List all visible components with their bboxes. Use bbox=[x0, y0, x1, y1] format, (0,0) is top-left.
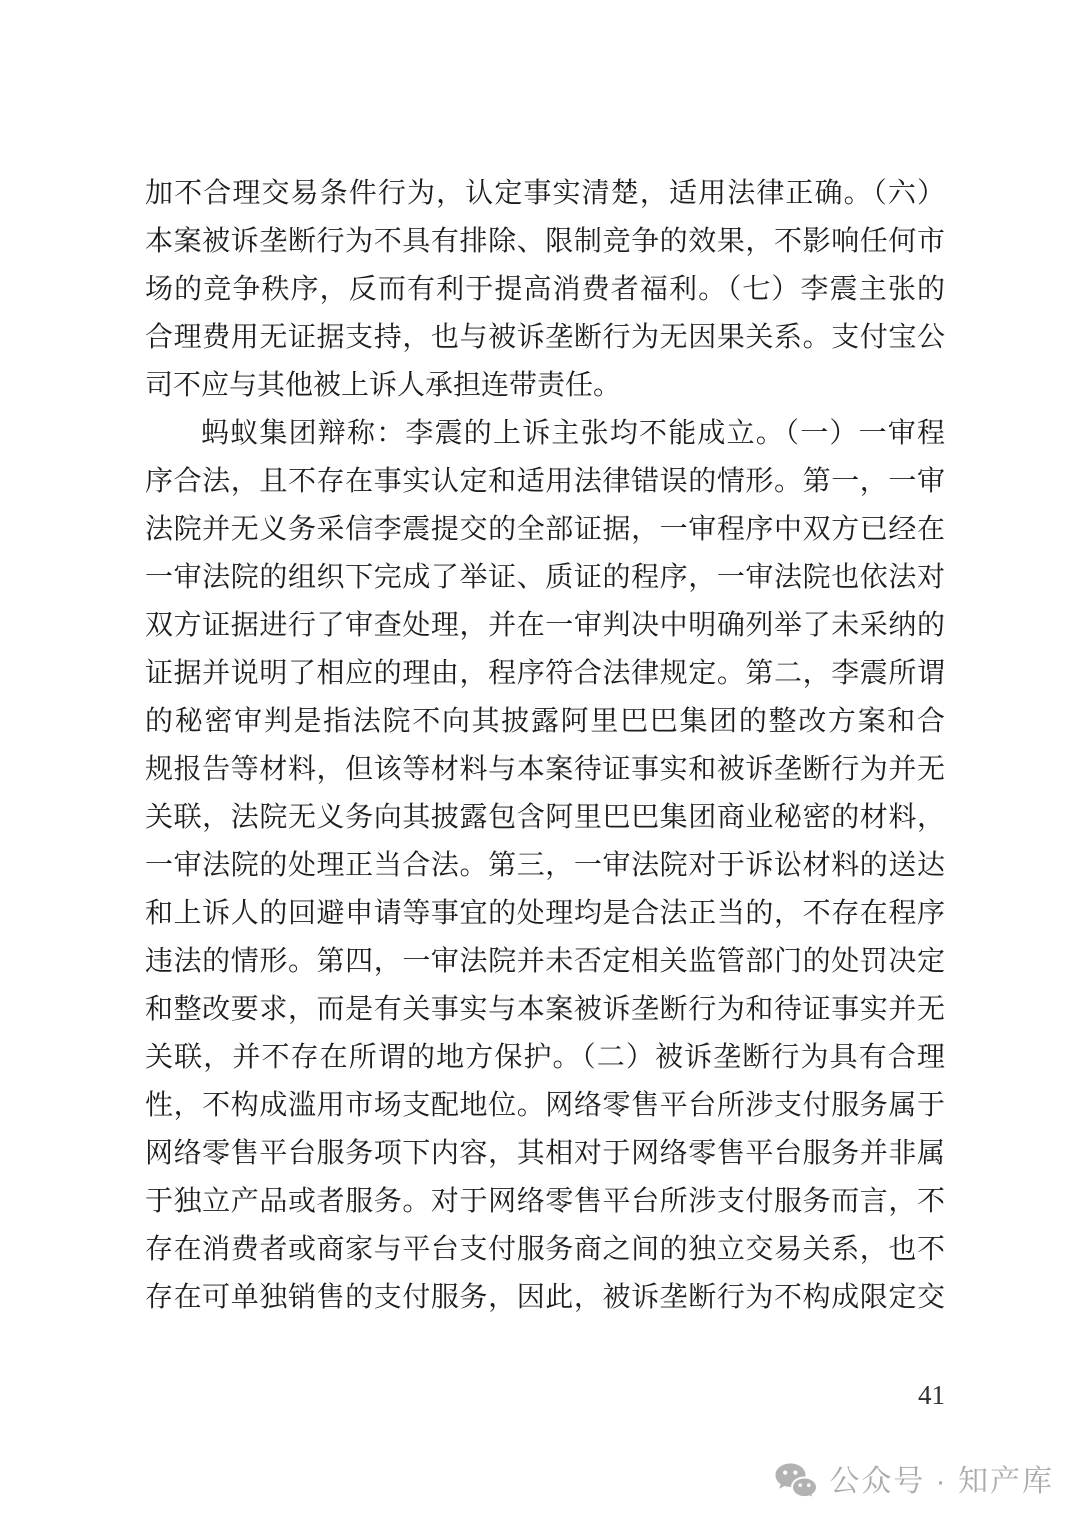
wechat-icon bbox=[773, 1462, 819, 1502]
text-line: 性，不构成滥用市场支配地位。网络零售平台所涉支付服务属于 bbox=[145, 1082, 945, 1130]
text-line: 和整改要求，而是有关事实与本案被诉垄断行为和待证事实并无 bbox=[145, 986, 945, 1034]
text-line: 场的竞争秩序，反而有利于提高消费者福利。（七）李震主张的 bbox=[145, 266, 945, 314]
text-line: 一审法院的处理正当合法。第三，一审法院对于诉讼材料的送达 bbox=[145, 842, 945, 890]
text-line: 法院并无义务采信李震提交的全部证据，一审程序中双方已经在 bbox=[145, 506, 945, 554]
text-line: 的秘密审判是指法院不向其披露阿里巴巴集团的整改方案和合 bbox=[145, 698, 945, 746]
text-line: 违法的情形。第四，一审法院并未否定相关监管部门的处罚决定 bbox=[145, 938, 945, 986]
text-line: 关联，法院无义务向其披露包含阿里巴巴集团商业秘密的材料， bbox=[145, 794, 945, 842]
document-body: 加不合理交易条件行为，认定事实清楚，适用法律正确。（六）本案被诉垄断行为不具有排… bbox=[145, 170, 945, 1322]
text-line: 加不合理交易条件行为，认定事实清楚，适用法律正确。（六） bbox=[145, 170, 945, 218]
text-line: 网络零售平台服务项下内容，其相对于网络零售平台服务并非属 bbox=[145, 1130, 945, 1178]
text-line: 蚂蚁集团辩称：李震的上诉主张均不能成立。（一）一审程 bbox=[145, 410, 945, 458]
text-line: 本案被诉垄断行为不具有排除、限制竞争的效果，不影响任何市 bbox=[145, 218, 945, 266]
text-line: 于独立产品或者服务。对于网络零售平台所涉支付服务而言，不 bbox=[145, 1178, 945, 1226]
text-line: 双方证据进行了审查处理，并在一审判决中明确列举了未采纳的 bbox=[145, 602, 945, 650]
wechat-watermark-footer: 公众号 · 知产库 bbox=[773, 1460, 1054, 1504]
text-line: 证据并说明了相应的理由，程序符合法律规定。第二，李震所谓 bbox=[145, 650, 945, 698]
text-line: 存在消费者或商家与平台支付服务商之间的独立交易关系，也不 bbox=[145, 1226, 945, 1274]
page-number: 41 bbox=[918, 1378, 978, 1412]
text-line: 司不应与其他被上诉人承担连带责任。 bbox=[145, 362, 945, 410]
text-line: 规报告等材料，但该等材料与本案待证事实和被诉垄断行为并无 bbox=[145, 746, 945, 794]
text-line: 合理费用无证据支持，也与被诉垄断行为无因果关系。支付宝公 bbox=[145, 314, 945, 362]
footer-label: 公众号 · 知产库 bbox=[829, 1460, 1054, 1504]
text-line: 序合法，且不存在事实认定和适用法律错误的情形。第一，一审 bbox=[145, 458, 945, 506]
document-page: 加不合理交易条件行为，认定事实清楚，适用法律正确。（六）本案被诉垄断行为不具有排… bbox=[0, 0, 1080, 1527]
text-line: 一审法院的组织下完成了举证、质证的程序，一审法院也依法对 bbox=[145, 554, 945, 602]
text-line: 存在可单独销售的支付服务，因此，被诉垄断行为不构成限定交 bbox=[145, 1274, 945, 1322]
text-line: 关联，并不存在所谓的地方保护。（二）被诉垄断行为具有合理 bbox=[145, 1034, 945, 1082]
text-line: 和上诉人的回避申请等事宜的处理均是合法正当的，不存在程序 bbox=[145, 890, 945, 938]
